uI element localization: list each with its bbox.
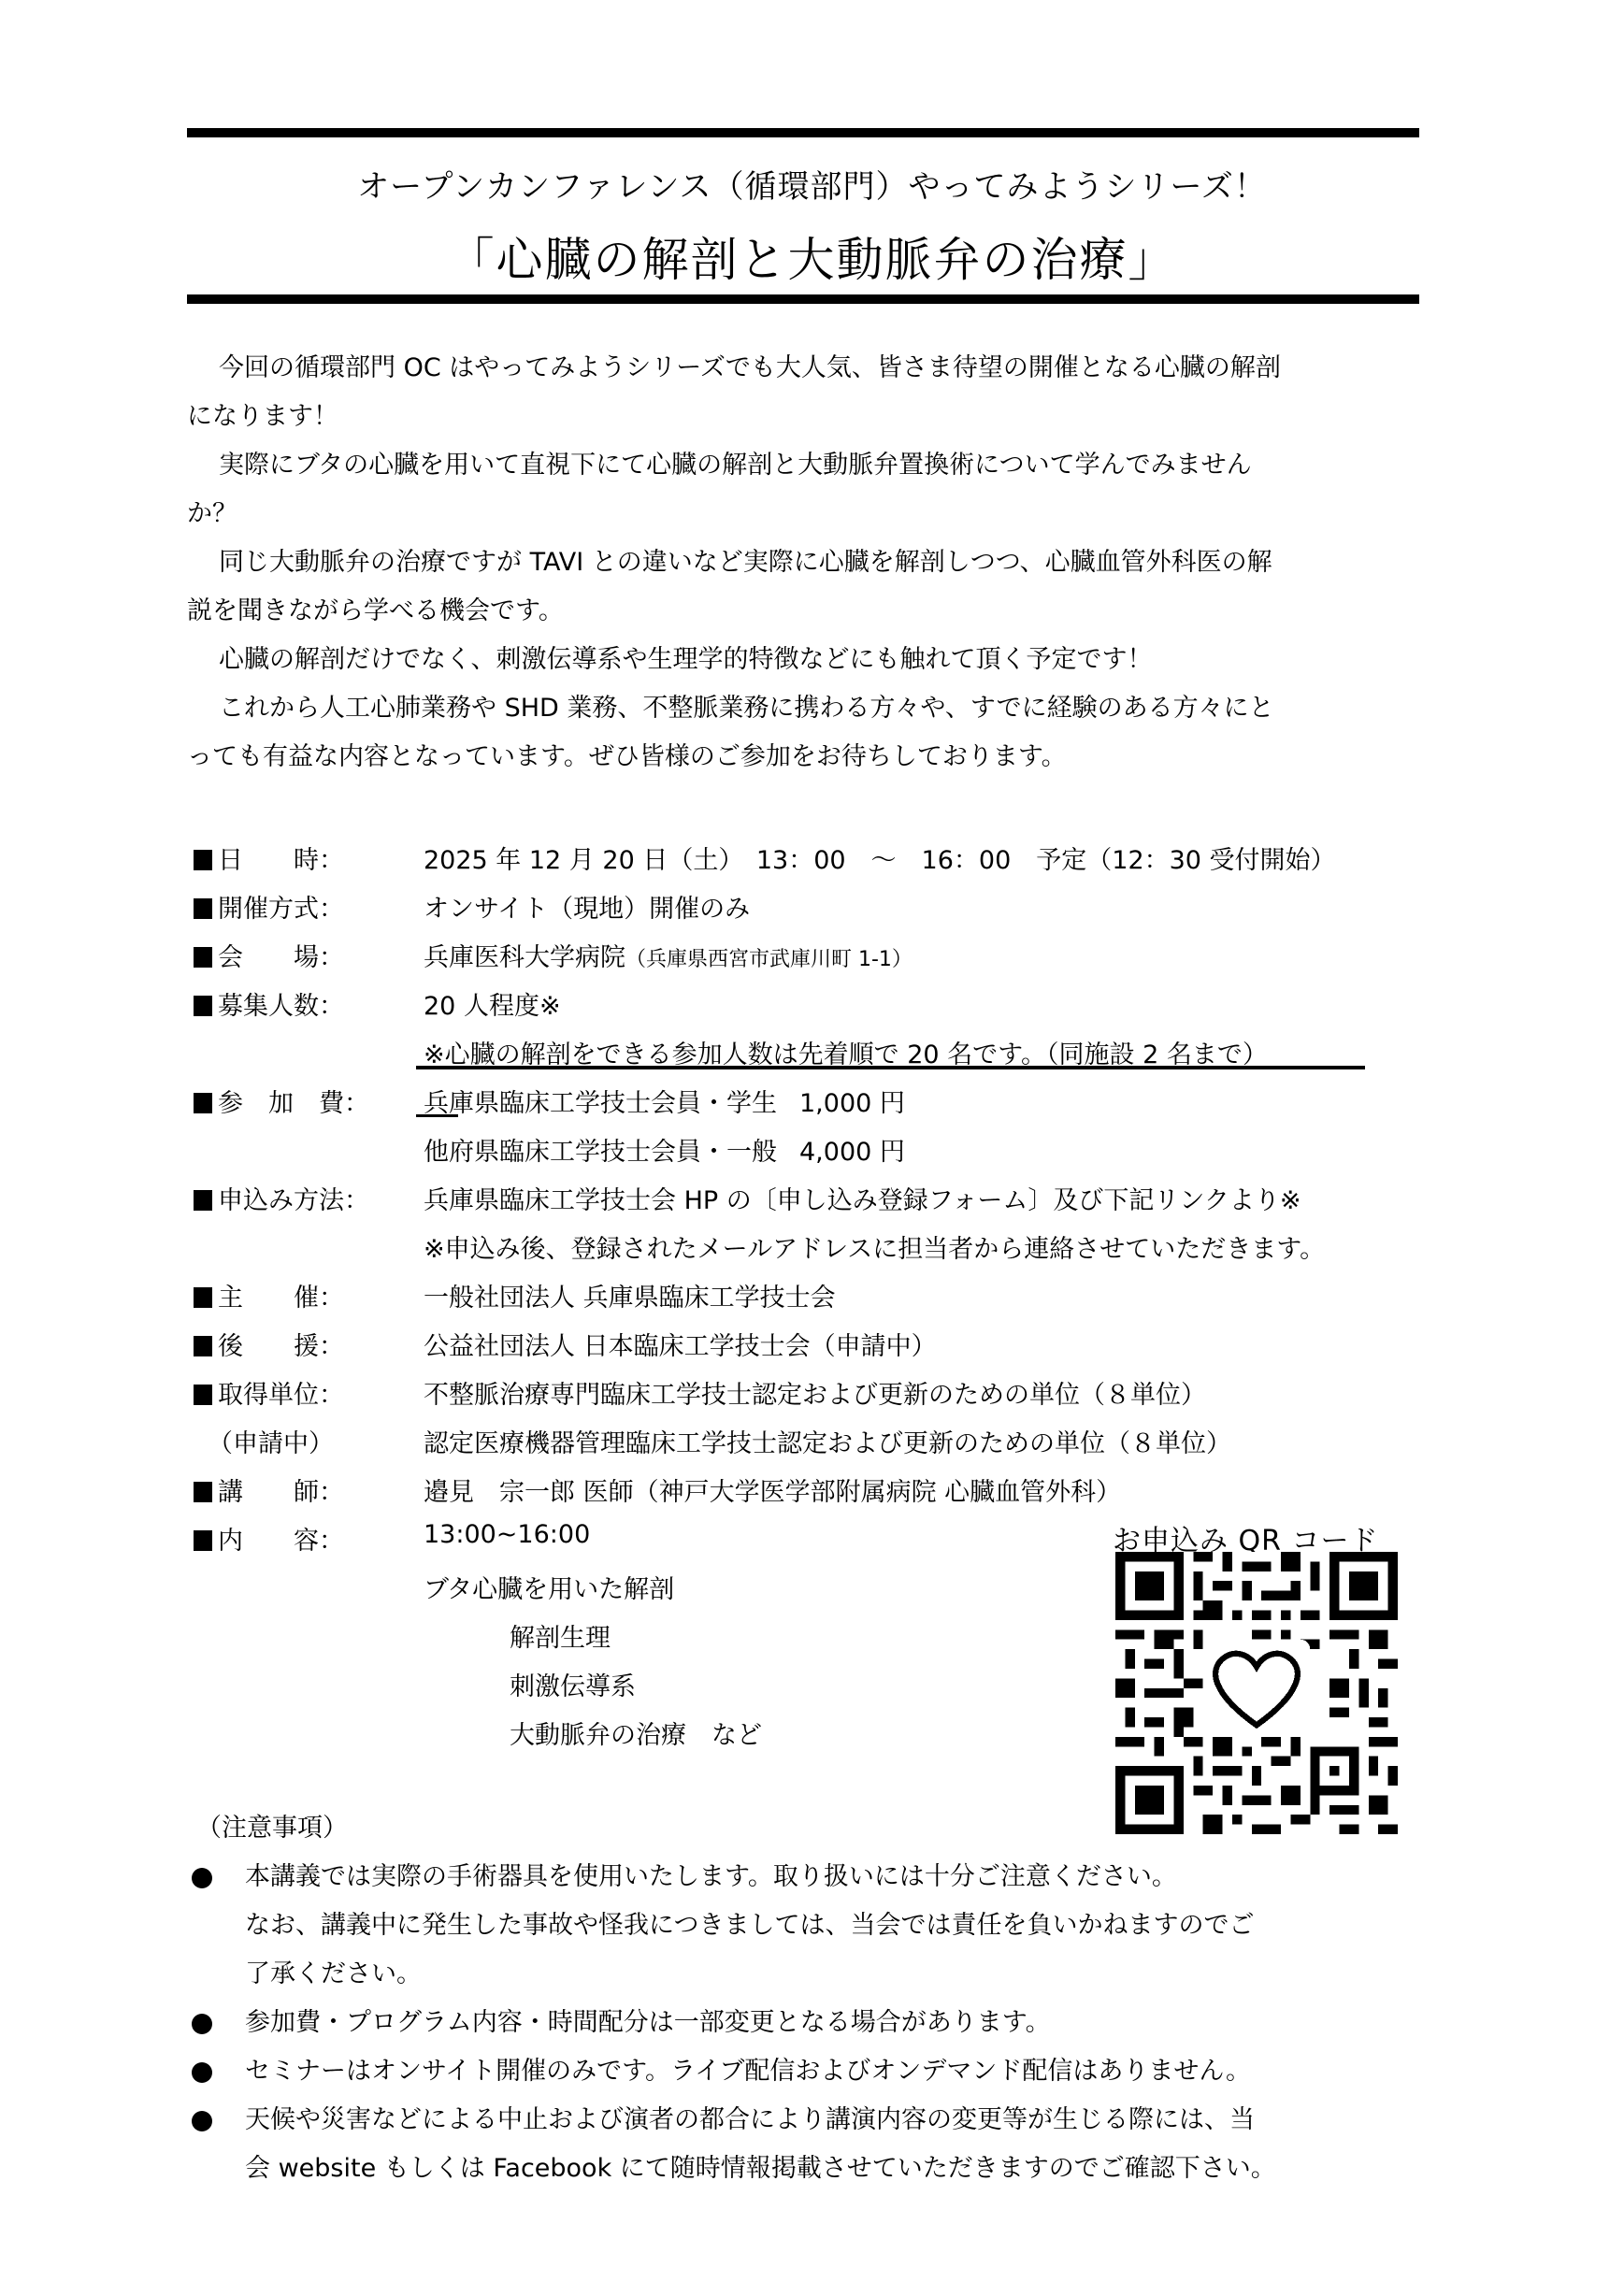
note-line: 天候や災害などによる中止および演者の都合により講演内容の変更等が生じる際には、当 (245, 2096, 1255, 2145)
intro-line: 同じ大動脈弁の治療ですが TAVI との違いなど実際に心臓を解剖しつつ、心臓血管… (194, 538, 1272, 587)
fee-item: 兵庫県臨床工学技士会員・学生1,000 円 (424, 1083, 905, 1119)
fee-underline (416, 1114, 458, 1117)
square-bullet-icon (194, 996, 212, 1016)
intro-line: になります！ (187, 393, 338, 441)
venue-address: （兵庫県西宮市武庫川町 1-1） (625, 948, 913, 971)
square-bullet-icon (194, 1287, 212, 1308)
format-label: 開催方式： (194, 888, 344, 925)
intro-line: か？ (187, 490, 237, 538)
fee-label: 参 加 費： (194, 1083, 369, 1119)
capacity-label: 募集人数： (194, 985, 344, 1022)
intro-line: 心臓の解剖だけでなく、刺激伝導系や生理学的特徴などにも触れて頂く予定です！ (194, 636, 1152, 684)
credits-label: 取得単位： (194, 1374, 344, 1411)
intro-line: 今回の循環部門 OC はやってみようシリーズでも大人気、皆さま待望の開催となる心… (194, 344, 1281, 393)
notes-heading: （注意事項） (196, 1804, 348, 1853)
qr-code[interactable] (1115, 1552, 1398, 1834)
lecturer-value: 邉見 宗一郎 医師（神戸大学医学部附属病院 心臓血管外科） (424, 1471, 1121, 1508)
content-main: ブタ心臓を用いた解剖 (424, 1569, 674, 1605)
square-bullet-icon (194, 1482, 212, 1502)
note-line: 参加費・プログラム内容・時間配分は一部変更となる場合があります。 (245, 1999, 1051, 2047)
note-line: 本講義では実際の手術器具を使用いたします。取り扱いには十分ご注意ください。 (245, 1853, 1177, 1901)
fee-item: 他府県臨床工学技士会員・一般4,000 円 (424, 1131, 905, 1168)
content-time: 13:00~16:00 (424, 1520, 590, 1549)
intro-line: 実際にブタの心臓を用いて直視下にて心臓の解剖と大動脈弁置換術について学んでみませ… (194, 441, 1252, 490)
bottom-rule (187, 294, 1419, 304)
bullet-icon (192, 2062, 212, 2083)
page-title: 「心臓の解剖と大動脈弁の治療」 (0, 222, 1624, 290)
square-bullet-icon (194, 1093, 212, 1113)
organizer-value: 一般社団法人 兵庫県臨床工学技士会 (424, 1277, 836, 1313)
credits-item: 認定医療機器管理臨床工学技士認定および更新のための単位（８単位） (424, 1423, 1231, 1459)
organizer-label: 主 催： (194, 1277, 344, 1313)
square-bullet-icon (194, 1190, 212, 1211)
intro-line: 説を聞きながら学べる機会です。 (187, 587, 564, 636)
qr-code-pattern (1115, 1552, 1398, 1834)
note-line: セミナーはオンサイト開催のみです。ライブ配信およびオンデマンド配信はありません。 (245, 2047, 1251, 2096)
content-item: 解剖生理 (510, 1617, 611, 1654)
capacity-value: 20 人程度※ (424, 985, 561, 1022)
lecturer-label: 講 師： (194, 1471, 344, 1508)
note-line: 了承ください。 (245, 1950, 422, 1999)
content-item: 大動脈弁の治療 など (510, 1715, 762, 1751)
date-value: 2025 年 12 月 20 日（土） 13：00 ～ 16：00 予定（12：… (424, 839, 1336, 876)
credits-sublabel: （申請中） (208, 1423, 334, 1459)
capacity-note-underline (416, 1066, 1365, 1069)
square-bullet-icon (194, 947, 212, 968)
credits-item: 不整脈治療専門臨床工学技士認定および更新のための単位（８単位） (424, 1374, 1206, 1411)
date-label: 日 時： (194, 839, 344, 876)
venue-label: 会 場： (194, 937, 344, 973)
application-value: 兵庫県臨床工学技士会 HP の〔申し込み登録フォーム〕及び下記リンクより※ (424, 1180, 1301, 1216)
intro-line: これから人工心肺業務や SHD 業務、不整脈業務に携わる方々や、すでに経験のある… (194, 684, 1274, 733)
square-bullet-icon (194, 1530, 212, 1551)
content-item: 刺激伝導系 (510, 1666, 636, 1702)
page-subtitle: オープンカンファレンス（循環部門）やってみようシリーズ！ (0, 161, 1624, 207)
intro-line: っても有益な内容となっています。ぜひ皆様のご参加をお待ちしております。 (187, 733, 1067, 782)
bullet-icon (192, 2111, 212, 2131)
square-bullet-icon (194, 1336, 212, 1356)
square-bullet-icon (194, 850, 212, 870)
bullet-icon (192, 2014, 212, 2034)
square-bullet-icon (194, 1385, 212, 1405)
format-value: オンサイト（現地）開催のみ (424, 888, 750, 925)
support-label: 後 援： (194, 1326, 344, 1362)
application-note: ※申込み後、登録されたメールアドレスに担当者から連絡させていただきます。 (424, 1228, 1325, 1265)
note-line: 会 website もしくは Facebook にて随時情報掲載させていただきま… (245, 2145, 1276, 2193)
square-bullet-icon (194, 898, 212, 919)
venue-value: 兵庫医科大学病院（兵庫県西宮市武庫川町 1-1） (424, 937, 913, 973)
top-rule (187, 128, 1419, 137)
content-label: 内 容： (194, 1520, 344, 1557)
note-line: なお、講義中に発生した事故や怪我につきましては、当会では責任を負いかねますのでご (245, 1901, 1254, 1950)
support-value: 公益社団法人 日本臨床工学技士会（申請中） (424, 1326, 937, 1362)
bullet-icon (192, 1868, 212, 1888)
application-label: 申込み方法： (194, 1180, 369, 1216)
